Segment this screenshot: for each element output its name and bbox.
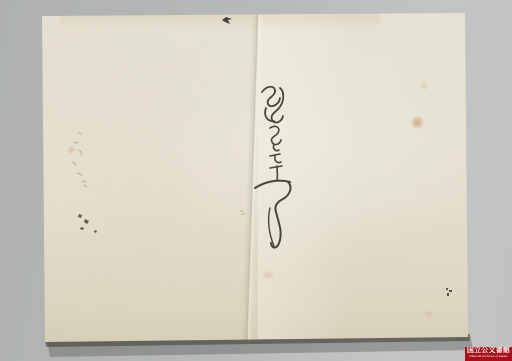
document-paper (0, 0, 512, 361)
calligraphy-title (246, 78, 298, 256)
faint-pencil-mark (239, 209, 247, 217)
national-archives-watermark: 国立公文書館 National Archives of Japan (465, 347, 512, 361)
watermark-title-en: National Archives of Japan (465, 355, 512, 359)
ink-bleedthrough-marks (66, 126, 110, 244)
scan-background: 国立公文書館 National Archives of Japan (0, 0, 512, 361)
small-ink-mark-right (444, 287, 454, 297)
ink-blot-top-edge (221, 16, 235, 25)
